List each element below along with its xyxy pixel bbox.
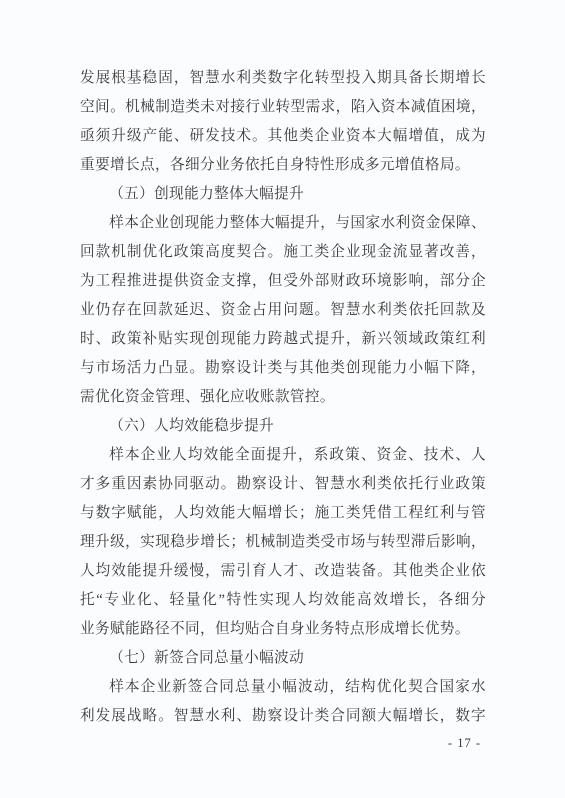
text-line: 回款机制优化政策高度契合。施工类企业现金流显著改善， (80, 238, 486, 267)
text-line: 重要增长点，各细分业务依托自身特性形成多元增值格局。 (80, 151, 486, 180)
text-line: 人均效能提升缓慢，需引育人才、改造装备。其他类企业依 (80, 557, 486, 586)
page-number: - 17 - (448, 736, 481, 750)
text-line: 样本企业人均效能全面提升，系政策、资金、技术、人 (80, 441, 486, 470)
text-line: 空间。机械制造类未对接行业转型需求，陷入资本减值困境， (80, 93, 486, 122)
text-line: 业务赋能路径不同，但均贴合自身业务特点形成增长优势。 (80, 615, 486, 644)
text-line: 托“专业化、轻量化”特性实现人均效能高效增长，各细分 (80, 586, 486, 615)
section-heading: （六）人均效能稳步提升 (80, 412, 486, 441)
text-line: 与市场活力凸显。勘察设计类与其他类创现能力小幅下降， (80, 354, 486, 383)
text-line: 业仍存在回款延迟、资金占用问题。智慧水利类依托回款及 (80, 296, 486, 325)
text-line: 需优化资金管理、强化应收账款管控。 (80, 383, 486, 412)
text-line: 利发展战略。智慧水利、勘察设计类合同额大幅增长，数字 (80, 702, 486, 731)
document-page: 发展根基稳固，智慧水利类数字化转型投入期具备长期增长空间。机械制造类未对接行业转… (0, 0, 565, 798)
text-line: 样本企业新签合同总量小幅波动，结构优化契合国家水 (80, 673, 486, 702)
text-line: 理升级，实现稳步增长；机械制造类受市场与转型滞后影响， (80, 528, 486, 557)
section-heading: （五）创现能力整体大幅提升 (80, 180, 486, 209)
section-heading: （七）新签合同总量小幅波动 (80, 644, 486, 673)
page-footer: - 17 - (448, 736, 481, 751)
text-line: 才多重因素协同驱动。勘察设计、智慧水利类依托行业政策 (80, 470, 486, 499)
text-line: 样本企业创现能力整体大幅提升，与国家水利资金保障、 (80, 209, 486, 238)
document-body: 发展根基稳固，智慧水利类数字化转型投入期具备长期增长空间。机械制造类未对接行业转… (80, 64, 486, 731)
text-line: 为工程推进提供资金支撑，但受外部财政环境影响，部分企 (80, 267, 486, 296)
text-line: 与数字赋能，人均效能大幅增长；施工类凭借工程红利与管 (80, 499, 486, 528)
text-line: 时、政策补贴实现创现能力跨越式提升，新兴领域政策红利 (80, 325, 486, 354)
text-line: 亟须升级产能、研发技术。其他类企业资本大幅增值，成为 (80, 122, 486, 151)
text-line: 发展根基稳固，智慧水利类数字化转型投入期具备长期增长 (80, 64, 486, 93)
